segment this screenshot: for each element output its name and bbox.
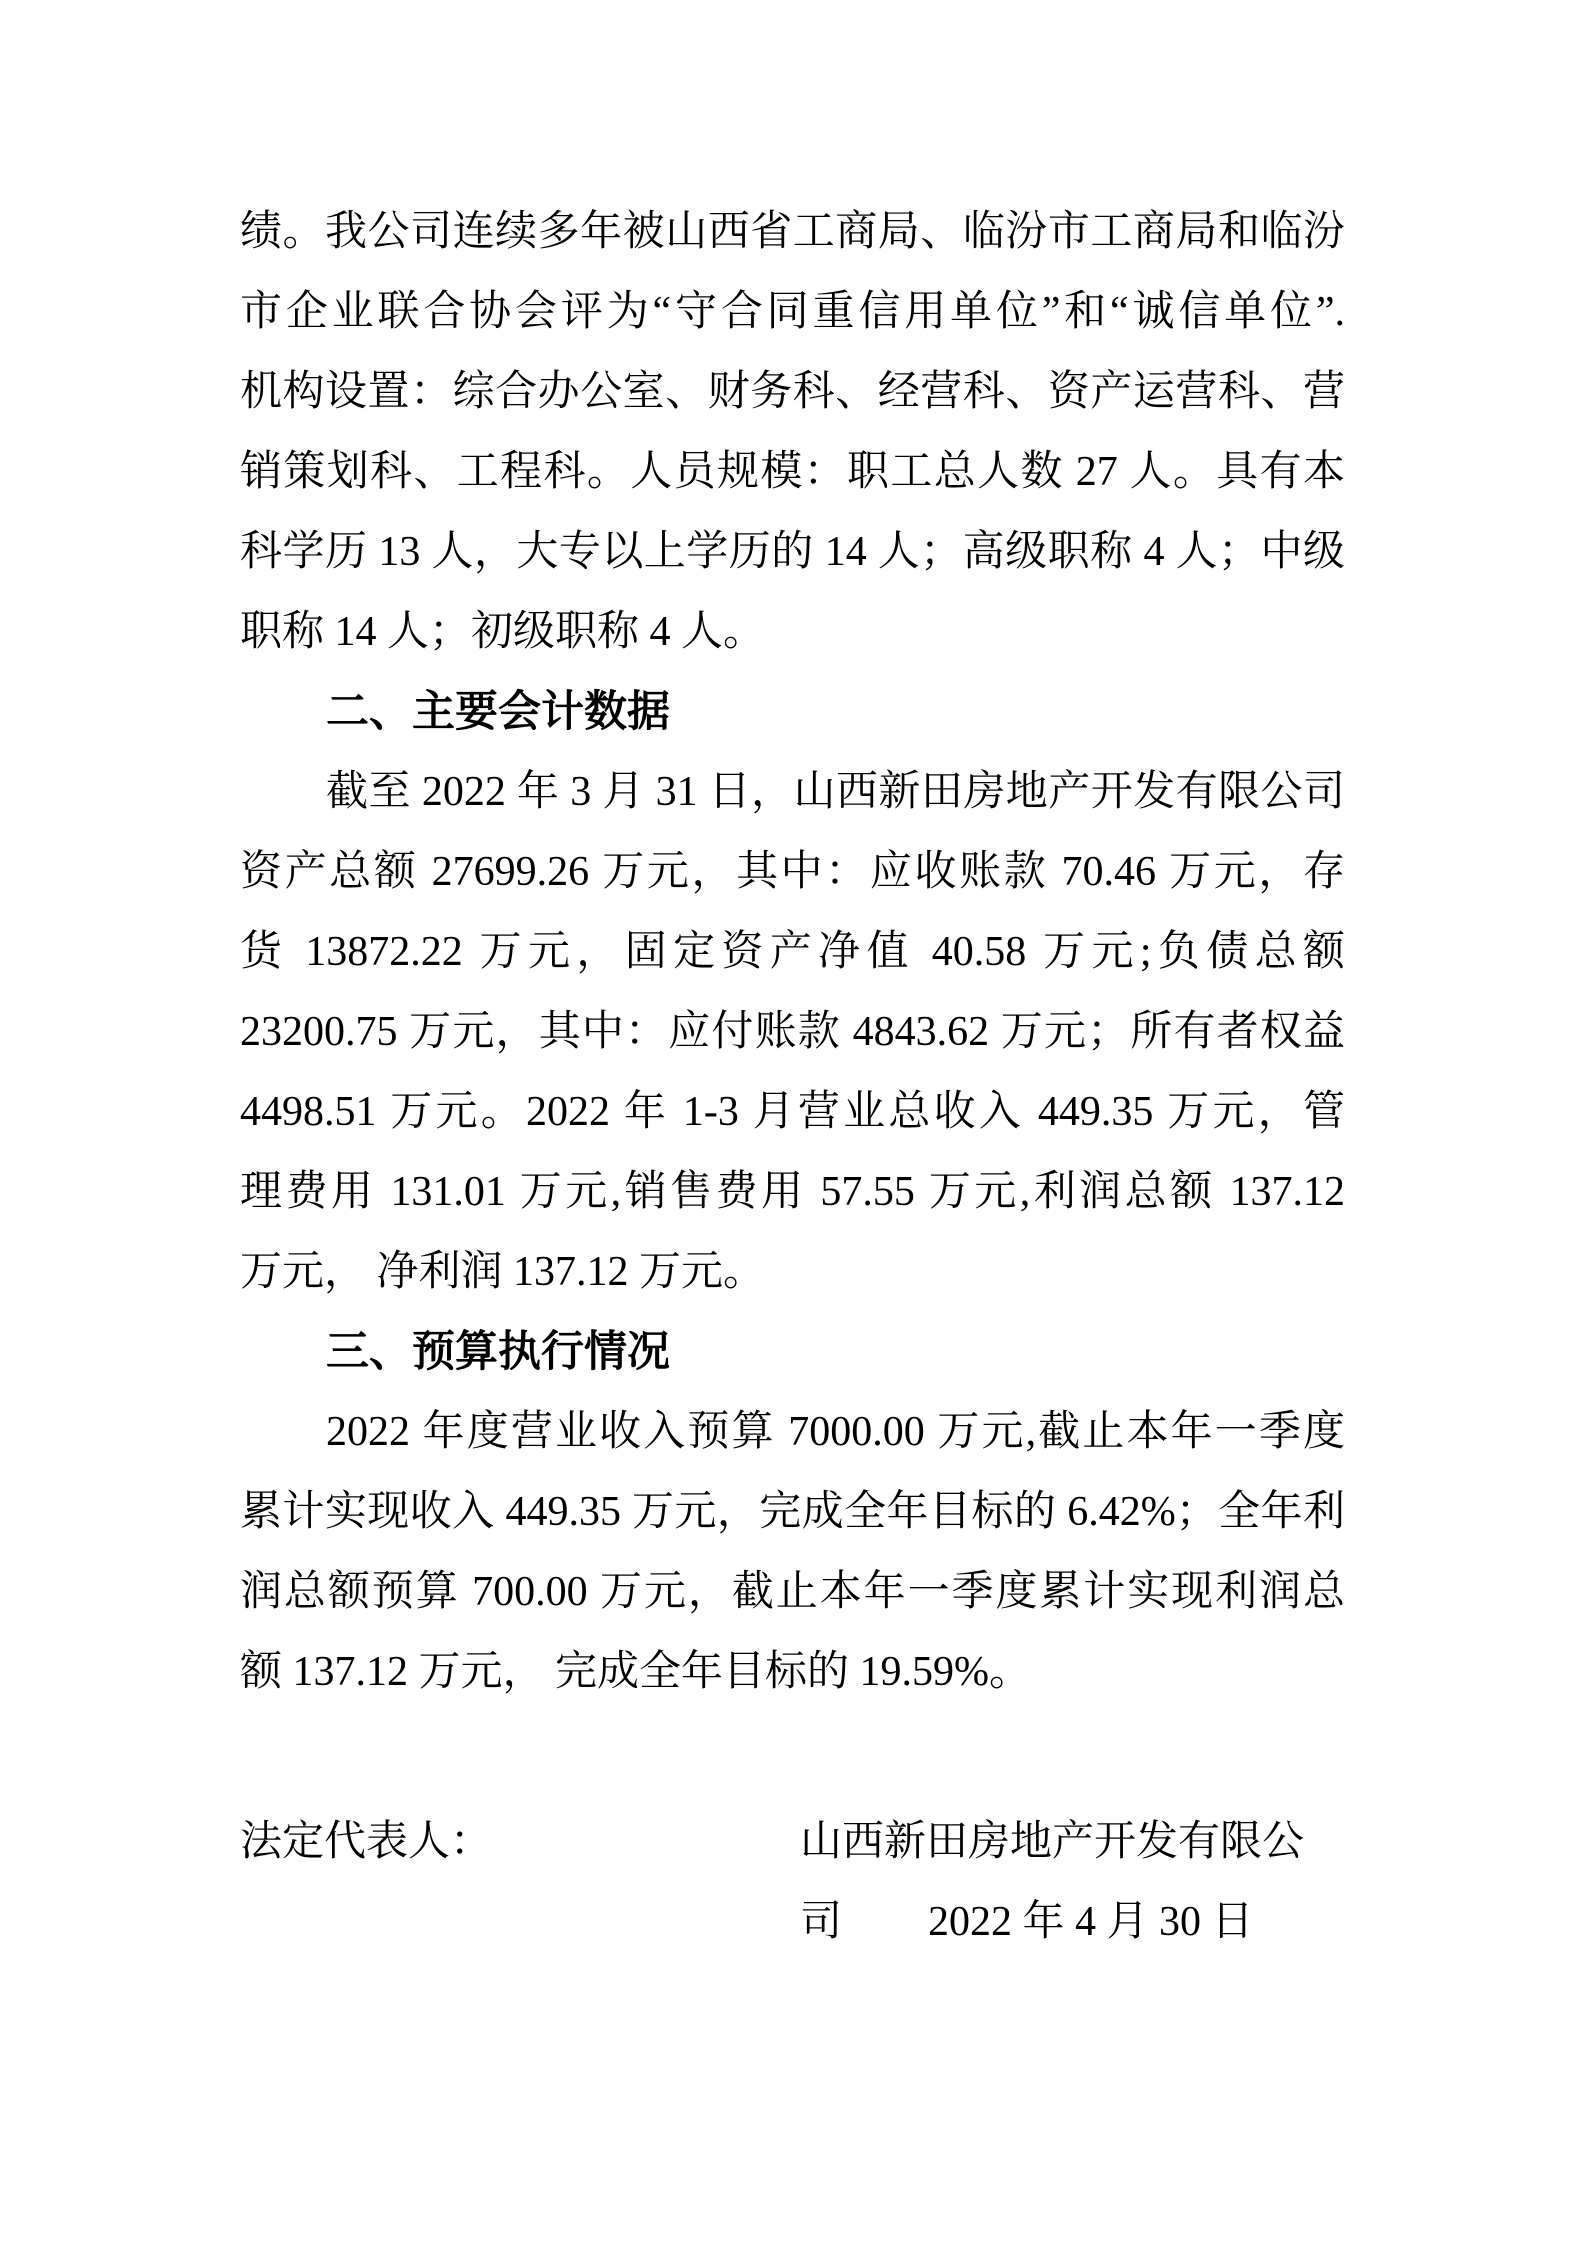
paragraph-line: 绩。我公司连续多年被山西省工商局、临汾市工商局和临汾 bbox=[240, 192, 1345, 272]
paragraph-line: 资产总额 27699.26 万元，其中：应收账款 70.46 万元，存 bbox=[240, 832, 1345, 912]
paragraph-line: 职称 14 人；初级职称 4 人。 bbox=[240, 592, 1345, 672]
paragraph-line: 累计实现收入 449.35 万元，完成全年目标的 6.42%；全年利 bbox=[240, 1472, 1345, 1552]
paragraph-line: 润总额预算 700.00 万元，截止本年一季度累计实现利润总 bbox=[240, 1552, 1345, 1632]
paragraph-line: 2022 年度营业收入预算 7000.00 万元,截止本年一季度 bbox=[240, 1392, 1345, 1472]
paragraph-line: 4498.51 万元。2022 年 1-3 月营业总收入 449.35 万元，管 bbox=[240, 1072, 1345, 1152]
paragraph-line: 货 13872.22 万元，固定资产净值 40.58 万元;负债总额 bbox=[240, 912, 1345, 992]
paragraph-line: 万元， 净利润 137.12 万元。 bbox=[240, 1232, 1345, 1312]
paragraph-line: 截至 2022 年 3 月 31 日，山西新田房地产开发有限公司 bbox=[240, 752, 1345, 832]
paragraph-line: 23200.75 万元，其中：应付账款 4843.62 万元；所有者权益 bbox=[240, 992, 1345, 1072]
section-heading-accounting-data: 二、主要会计数据 bbox=[240, 672, 1345, 752]
legal-representative-label: 法定代表人： bbox=[240, 1802, 492, 1882]
section-heading-budget-execution: 三、预算执行情况 bbox=[240, 1312, 1345, 1392]
paragraph-line: 市企业联合协会评为“守合同重信用单位”和“诚信单位”. bbox=[240, 272, 1345, 352]
document-date: 2022 年 4 月 30 日 bbox=[928, 1882, 1254, 1962]
paragraph-line: 机构设置：综合办公室、财务科、经营科、资产运营科、营 bbox=[240, 352, 1345, 432]
paragraph-line: 理费用 131.01 万元,销售费用 57.55 万元,利润总额 137.12 bbox=[240, 1152, 1345, 1232]
paragraph-line: 科学历 13 人，大专以上学历的 14 人；高级职称 4 人；中级 bbox=[240, 512, 1345, 592]
document-page: 绩。我公司连续多年被山西省工商局、临汾市工商局和临汾 市企业联合协会评为“守合同… bbox=[0, 0, 1587, 2245]
signature-row: 法定代表人： 山西新田房地产开发有限公司 bbox=[240, 1802, 1345, 1882]
date-row: 2022 年 4 月 30 日 bbox=[240, 1882, 1345, 1962]
paragraph-line: 额 137.12 万元， 完成全年目标的 19.59%。 bbox=[240, 1632, 1345, 1712]
paragraph-line: 销策划科、工程科。人员规模：职工总人数 27 人。具有本 bbox=[240, 432, 1345, 512]
